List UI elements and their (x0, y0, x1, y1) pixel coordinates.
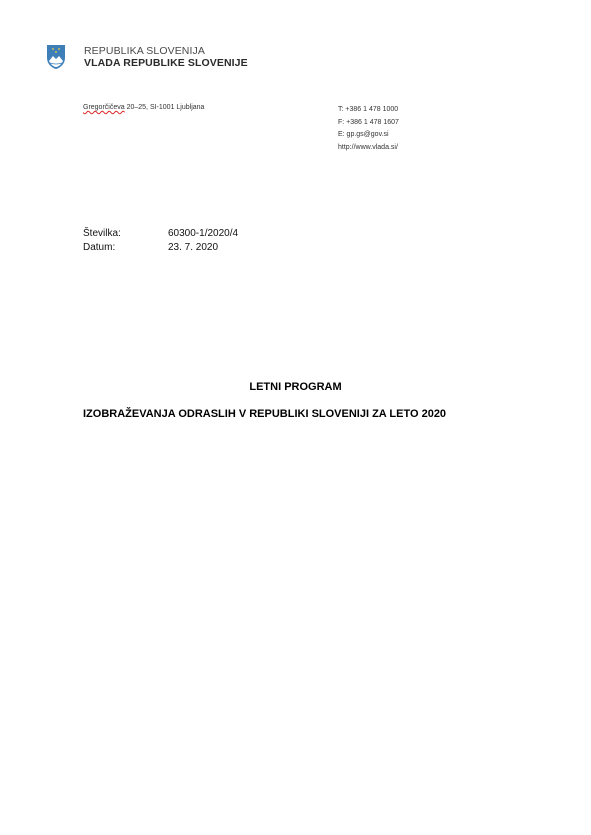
org-name-republic: REPUBLIKA SLOVENIJA (84, 45, 205, 57)
org-name-government: VLADA REPUBLIKE SLOVENIJE (84, 57, 248, 69)
phone: T: +386 1 478 1000 (338, 104, 399, 117)
fax: F: +386 1 478 1607 (338, 117, 399, 130)
number-label: Številka: (83, 227, 168, 241)
street-name: Gregorčičeva (83, 104, 125, 111)
contact-block: T: +386 1 478 1000 F: +386 1 478 1607 E:… (338, 104, 399, 154)
number-row: Številka: 60300-1/2020/4 (83, 227, 238, 241)
date-value: 23. 7. 2020 (168, 241, 218, 255)
address: Gregorčičeva 20–25, SI-1001 Ljubljana (83, 104, 204, 111)
coat-of-arms-icon (46, 44, 66, 70)
email: E: gp.gs@gov.si (338, 129, 399, 142)
address-rest: 20–25, SI-1001 Ljubljana (125, 104, 205, 111)
website: http://www.vlada.si/ (338, 142, 399, 155)
document-title: LETNI PROGRAM (0, 381, 591, 393)
document-subtitle: IZOBRAŽEVANJA ODRASLIH V REPUBLIKI SLOVE… (83, 408, 446, 420)
document-meta: Številka: 60300-1/2020/4 Datum: 23. 7. 2… (83, 227, 238, 254)
date-row: Datum: 23. 7. 2020 (83, 241, 238, 255)
date-label: Datum: (83, 241, 168, 255)
number-value: 60300-1/2020/4 (168, 227, 238, 241)
